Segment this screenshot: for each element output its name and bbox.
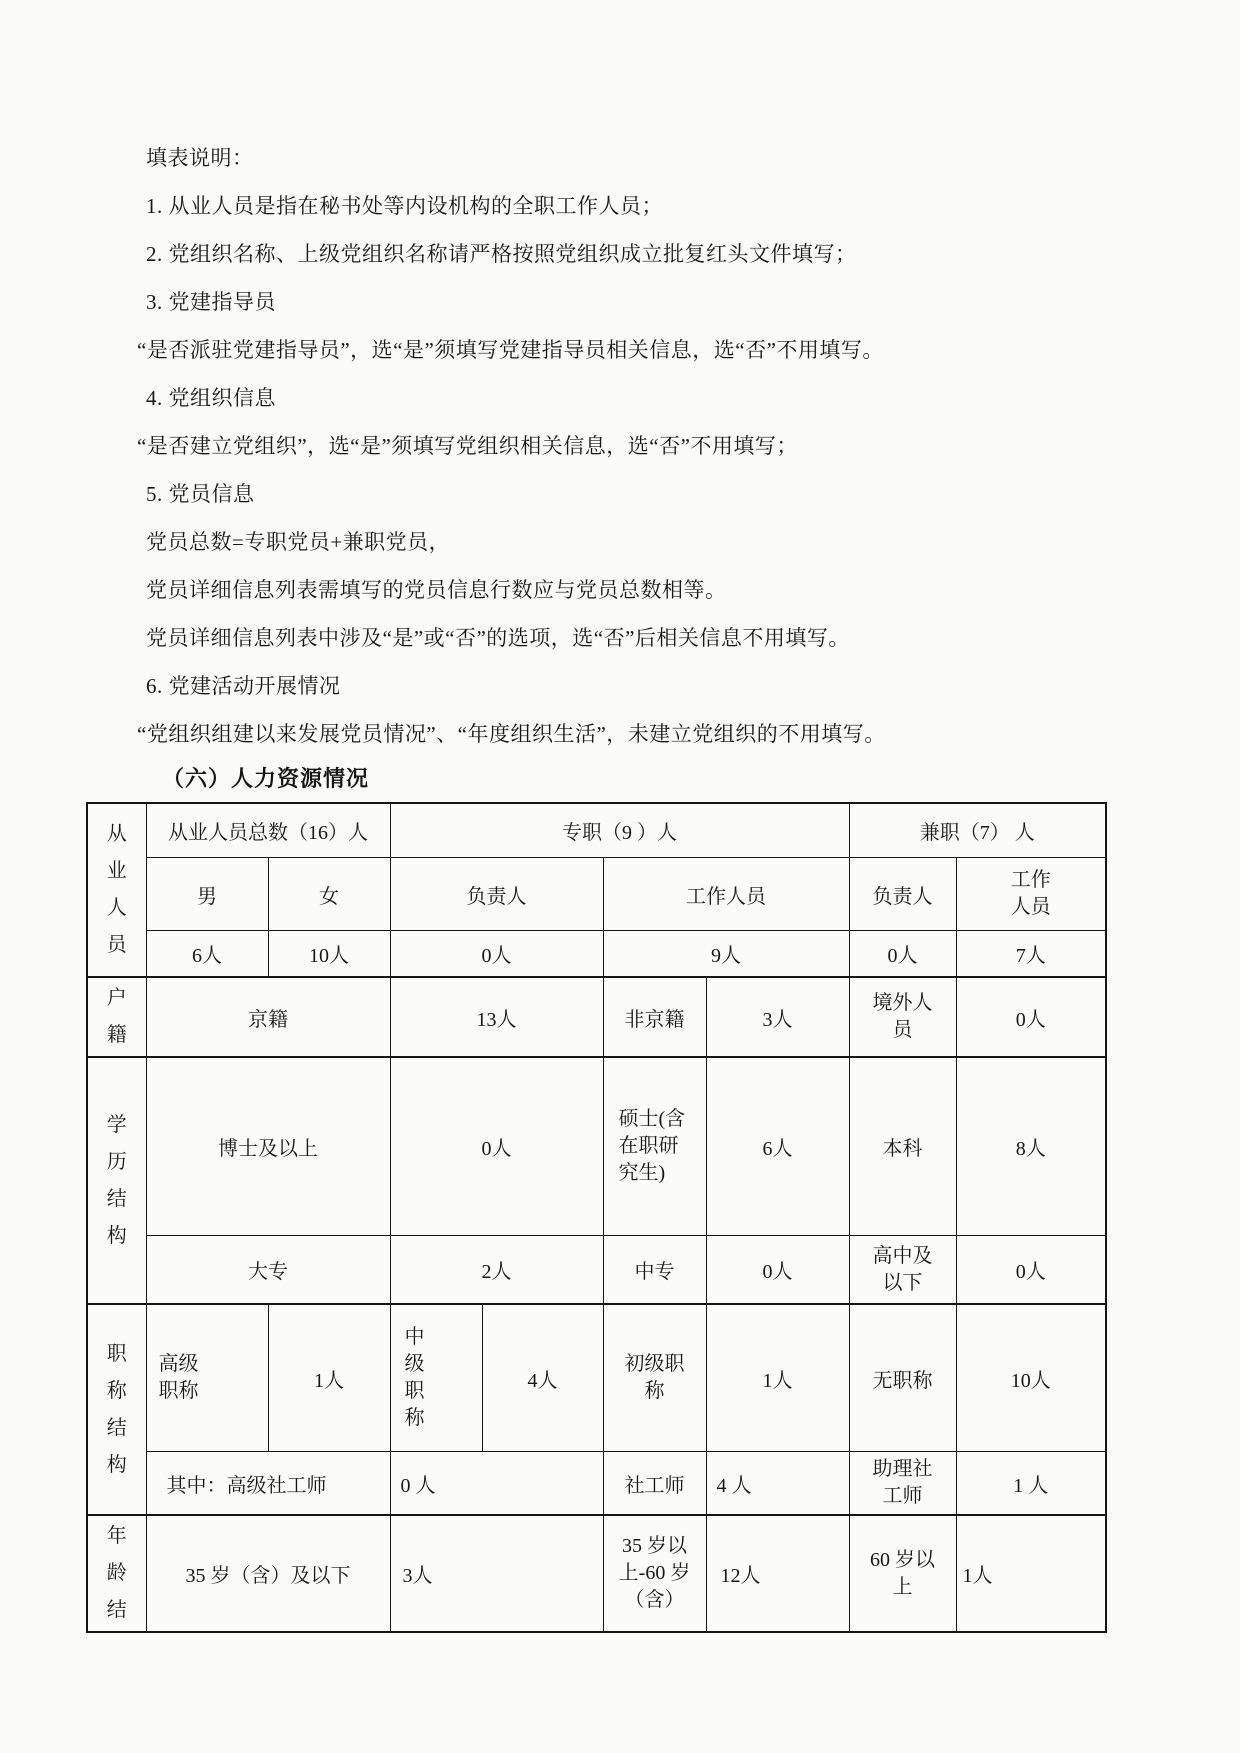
cell-edu-college-label: 大专 bbox=[146, 1236, 390, 1305]
row-label-education-text: 学历结构 bbox=[105, 1107, 129, 1255]
cell-fulltime-worker-label: 工作人员 bbox=[603, 858, 849, 931]
cell-age-under35-label: 35 岁（含）及以下 bbox=[146, 1515, 390, 1632]
cell-parttime-worker-label-text: 工作人员 bbox=[1007, 867, 1055, 921]
instruction-line: “党组织组建以来发展党员情况”、“年度组织生活”，未建立党组织的不用填写。 bbox=[137, 710, 1180, 758]
cell-staff-male-label: 男 bbox=[146, 858, 268, 931]
cell-edu-secondary-label: 中专 bbox=[603, 1236, 706, 1305]
cell-title-senior-label-text: 高级职称 bbox=[159, 1351, 207, 1405]
cell-title-senior-count: 1人 bbox=[268, 1304, 390, 1452]
instruction-line: “是否派驻党建指导员”，选“是”须填写党建指导员相关信息，选“否”不用填写。 bbox=[137, 326, 1180, 374]
cell-edu-doctor-label: 博士及以上 bbox=[146, 1057, 390, 1236]
cell-edu-master-count: 6人 bbox=[706, 1057, 849, 1236]
cell-edu-bachelor-count: 8人 bbox=[956, 1057, 1106, 1236]
cell-social-worker-label: 社工师 bbox=[603, 1452, 706, 1516]
cell-edu-highschool-count: 0人 bbox=[956, 1236, 1106, 1305]
cell-hukou-nonbeijing-label: 非京籍 bbox=[603, 977, 706, 1057]
cell-title-mid-label: 中级职称 bbox=[390, 1304, 482, 1452]
cell-social-senior-count: 0 人 bbox=[390, 1452, 603, 1516]
cell-edu-college-count: 2人 bbox=[390, 1236, 603, 1305]
cell-edu-bachelor-label: 本科 bbox=[849, 1057, 956, 1236]
instruction-line: 5. 党员信息 bbox=[146, 470, 1180, 518]
cell-social-assistant-label: 助理社工师 bbox=[849, 1452, 956, 1516]
cell-staff-parttime: 兼职（7） 人 bbox=[849, 803, 1106, 858]
cell-hukou-overseas-label: 境外人员 bbox=[849, 977, 956, 1057]
row-label-age: 年龄结 bbox=[87, 1515, 146, 1632]
cell-parttime-head-count: 0人 bbox=[849, 931, 956, 978]
row-label-staff-text: 从业人员 bbox=[105, 816, 129, 964]
cell-staff-female-label: 女 bbox=[268, 858, 390, 931]
cell-social-assistant-count: 1 人 bbox=[956, 1452, 1106, 1516]
cell-parttime-worker-label: 工作人员 bbox=[956, 858, 1106, 931]
cell-parttime-head-label: 负责人 bbox=[849, 858, 956, 931]
cell-hukou-beijing-label: 京籍 bbox=[146, 977, 390, 1057]
form-notes-title: 填表说明： bbox=[146, 134, 1180, 182]
instruction-line: 党员详细信息列表需填写的党员信息行数应与党员总数相等。 bbox=[146, 566, 1180, 614]
instruction-line: 4. 党组织信息 bbox=[146, 374, 1180, 422]
row-label-hukou: 户籍 bbox=[87, 977, 146, 1057]
instruction-line: 党员总数=专职党员+兼职党员， bbox=[146, 518, 1180, 566]
cell-hukou-beijing-count: 13人 bbox=[390, 977, 603, 1057]
row-label-age-text: 年龄结 bbox=[105, 1518, 129, 1629]
cell-age-over60-count: 1人 bbox=[956, 1515, 1106, 1632]
cell-age-35to60-label: 35 岁以上-60 岁（含） bbox=[603, 1515, 706, 1632]
instruction-line: 6. 党建活动开展情况 bbox=[146, 662, 1180, 710]
cell-edu-secondary-count: 0人 bbox=[706, 1236, 849, 1305]
scanned-document-page: 填表说明： 1. 从业人员是指在秘书处等内设机构的全职工作人员； 2. 党组织名… bbox=[0, 0, 1240, 1753]
hr-table: 从业人员 从业人员总数（16）人 专职（9 ）人 兼职（7） 人 男 女 负责人… bbox=[86, 802, 1107, 1633]
cell-parttime-worker-count: 7人 bbox=[956, 931, 1106, 978]
instruction-line: “是否建立党组织”，选“是”须填写党组织相关信息，选“否”不用填写； bbox=[137, 422, 1180, 470]
cell-staff-female-count: 10人 bbox=[268, 931, 390, 978]
cell-fulltime-head-count: 0人 bbox=[390, 931, 603, 978]
cell-age-35to60-label-text: 35 岁以上-60 岁（含） bbox=[617, 1533, 693, 1614]
instruction-line: 1. 从业人员是指在秘书处等内设机构的全职工作人员； bbox=[146, 182, 1180, 230]
cell-edu-master-label-text: 硕士(含在职研究生) bbox=[619, 1106, 691, 1187]
cell-title-none-count: 10人 bbox=[956, 1304, 1106, 1452]
cell-edu-doctor-count: 0人 bbox=[390, 1057, 603, 1236]
cell-social-assistant-label-text: 助理社工师 bbox=[870, 1456, 936, 1510]
cell-title-junior-label-text: 初级职称 bbox=[622, 1351, 688, 1405]
cell-age-35to60-count: 12人 bbox=[706, 1515, 849, 1632]
cell-hukou-overseas-count: 0人 bbox=[956, 977, 1106, 1057]
cell-staff-fulltime: 专职（9 ）人 bbox=[390, 803, 849, 858]
cell-edu-master-label: 硕士(含在职研究生) bbox=[603, 1057, 706, 1236]
row-label-education: 学历结构 bbox=[87, 1057, 146, 1304]
cell-hukou-overseas-label-text: 境外人员 bbox=[870, 990, 936, 1044]
cell-title-mid-count: 4人 bbox=[482, 1304, 603, 1452]
row-label-prof-title: 职称结构 bbox=[87, 1304, 146, 1515]
cell-social-worker-count: 4 人 bbox=[706, 1452, 849, 1516]
row-label-staff: 从业人员 bbox=[87, 803, 146, 977]
cell-age-over60-label-text: 60 岁以上 bbox=[865, 1547, 941, 1601]
cell-fulltime-head-label: 负责人 bbox=[390, 858, 603, 931]
row-label-prof-title-text: 职称结构 bbox=[105, 1336, 129, 1484]
section-heading: （六）人力资源情况 bbox=[162, 764, 1180, 802]
instruction-line: 党员详细信息列表中涉及“是”或“否”的选项，选“否”后相关信息不用填写。 bbox=[146, 614, 1180, 662]
form-notes: 填表说明： 1. 从业人员是指在秘书处等内设机构的全职工作人员； 2. 党组织名… bbox=[0, 0, 1240, 802]
cell-title-mid-label-text: 中级职称 bbox=[405, 1324, 429, 1432]
cell-edu-highschool-label: 高中及以下 bbox=[849, 1236, 956, 1305]
cell-title-junior-label: 初级职称 bbox=[603, 1304, 706, 1452]
cell-age-under35-count: 3人 bbox=[390, 1515, 603, 1632]
cell-title-none-label: 无职称 bbox=[849, 1304, 956, 1452]
cell-staff-total: 从业人员总数（16）人 bbox=[146, 803, 390, 858]
cell-fulltime-worker-count: 9人 bbox=[603, 931, 849, 978]
instruction-line: 3. 党建指导员 bbox=[146, 278, 1180, 326]
cell-title-senior-label: 高级职称 bbox=[146, 1304, 268, 1452]
instruction-line: 2. 党组织名称、上级党组织名称请严格按照党组织成立批复红头文件填写； bbox=[146, 230, 1180, 278]
cell-edu-highschool-label-text: 高中及以下 bbox=[870, 1243, 936, 1297]
cell-title-junior-count: 1人 bbox=[706, 1304, 849, 1452]
cell-social-senior-label: 其中：高级社工师 bbox=[146, 1452, 390, 1516]
row-label-hukou-text: 户籍 bbox=[105, 980, 129, 1054]
cell-age-over60-label: 60 岁以上 bbox=[849, 1515, 956, 1632]
cell-hukou-nonbeijing-count: 3人 bbox=[706, 977, 849, 1057]
cell-staff-male-count: 6人 bbox=[146, 931, 268, 978]
